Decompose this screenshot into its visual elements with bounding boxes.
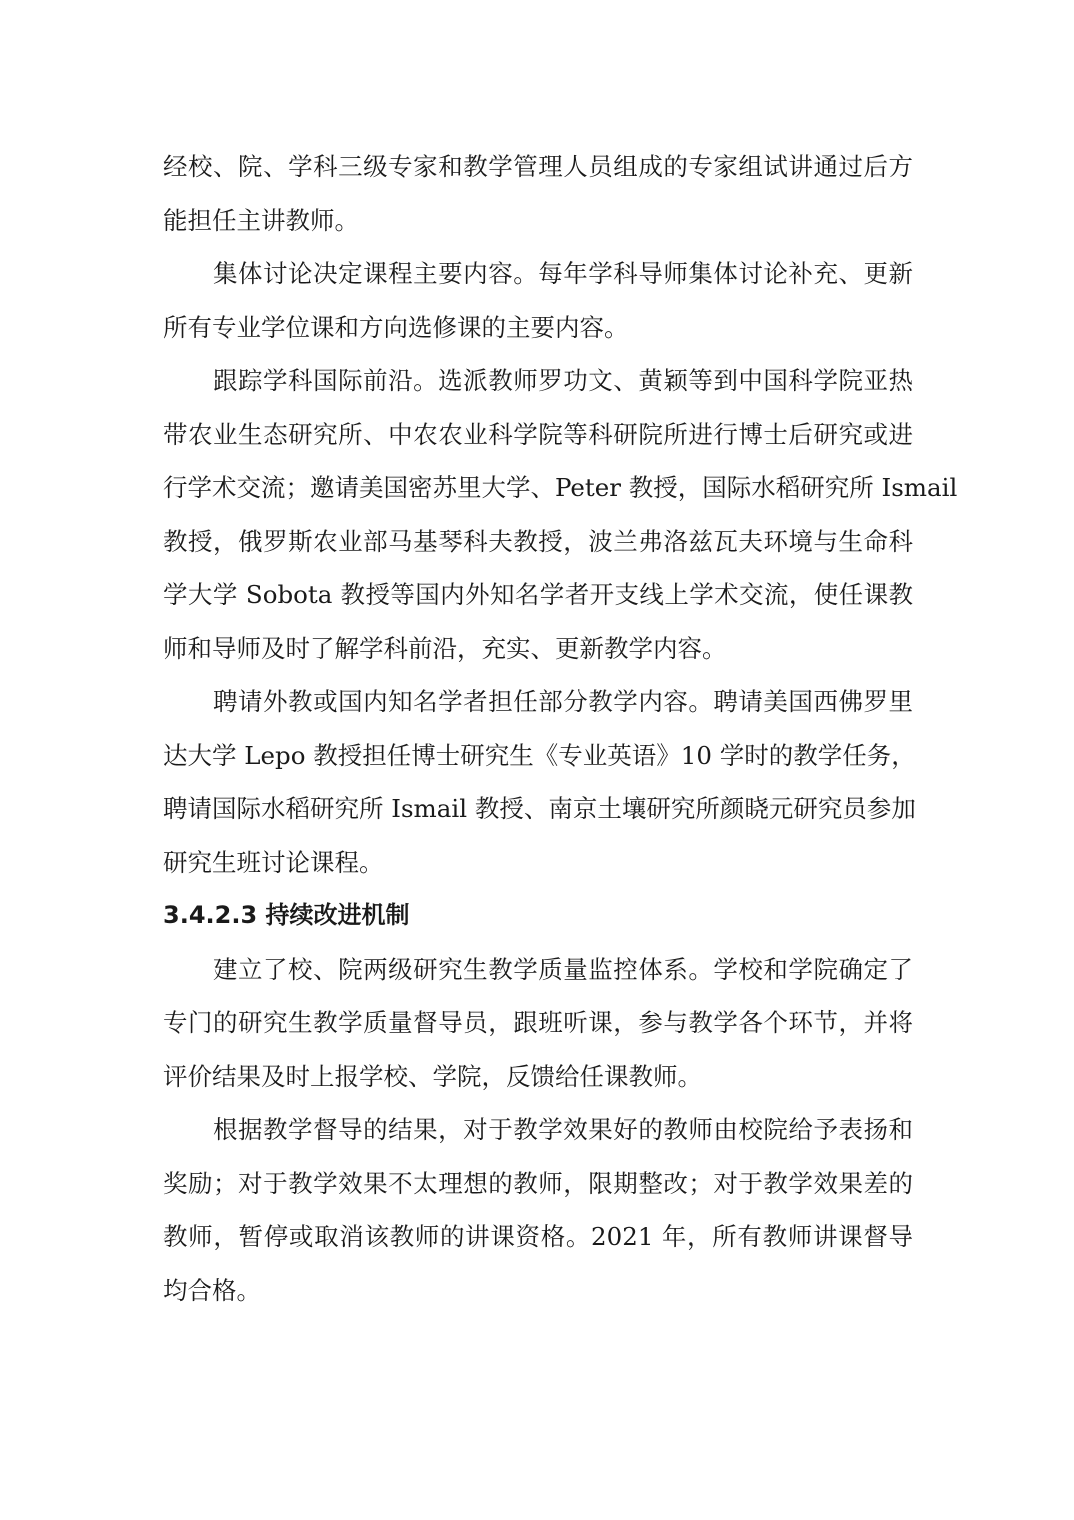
- paragraph-quality-monitoring: 建立了校、院两级研究生教学质量监控体系。学校和学院确定了 专门的研究生教学质量督…: [163, 943, 913, 1104]
- text-line: 行学术交流；邀请美国密苏里大学、Peter 教授，国际水稻研究所 Ismail: [163, 461, 913, 515]
- text-line: 奖励；对于教学效果不太理想的教师，限期整改；对于教学效果差的: [163, 1157, 913, 1211]
- text-line: 教授，俄罗斯农业部马基琴科夫教授，波兰弗洛兹瓦夫环境与生命科: [163, 515, 913, 569]
- paragraph-course-content: 集体讨论决定课程主要内容。每年学科导师集体讨论补充、更新 所有专业学位课和方向选…: [163, 247, 913, 354]
- text-line: 专门的研究生教学质量督导员，跟班听课，参与教学各个环节，并将: [163, 996, 913, 1050]
- text-line: 经校、院、学科三级专家和教学管理人员组成的专家组试讲通过后方: [163, 140, 913, 194]
- text-line: 跟踪学科国际前沿。选派教师罗功文、黄颖等到中国科学院亚热: [163, 354, 913, 408]
- text-line: 均合格。: [163, 1264, 913, 1318]
- section-heading: 3.4.2.3 持续改进机制: [163, 889, 913, 943]
- text-line: 能担任主讲教师。: [163, 194, 913, 248]
- text-line: 聘请外教或国内知名学者担任部分教学内容。聘请美国西佛罗里: [163, 675, 913, 729]
- paragraph-teacher-qualification: 经校、院、学科三级专家和教学管理人员组成的专家组试讲通过后方 能担任主讲教师。: [163, 140, 913, 247]
- text-line: 达大学 Lepo 教授担任博士研究生《专业英语》10 学时的教学任务，: [163, 729, 913, 783]
- text-line: 教师，暂停或取消该教师的讲课资格。2021 年，所有教师讲课督导: [163, 1210, 913, 1264]
- paragraph-supervision-results: 根据教学督导的结果，对于教学效果好的教师由校院给予表扬和 奖励；对于教学效果不太…: [163, 1103, 913, 1317]
- document-page: 经校、院、学科三级专家和教学管理人员组成的专家组试讲通过后方 能担任主讲教师。 …: [163, 140, 913, 1317]
- text-line: 集体讨论决定课程主要内容。每年学科导师集体讨论补充、更新: [163, 247, 913, 301]
- text-line: 评价结果及时上报学校、学院，反馈给任课教师。: [163, 1050, 913, 1104]
- paragraph-international-frontier: 跟踪学科国际前沿。选派教师罗功文、黄颖等到中国科学院亚热 带农业生态研究所、中农…: [163, 354, 913, 675]
- text-line: 学大学 Sobota 教授等国内外知名学者开支线上学术交流，使任课教: [163, 568, 913, 622]
- text-line: 所有专业学位课和方向选修课的主要内容。: [163, 301, 913, 355]
- text-line: 根据教学督导的结果，对于教学效果好的教师由校院给予表扬和: [163, 1103, 913, 1157]
- text-line: 聘请国际水稻研究所 Ismail 教授、南京土壤研究所颜晓元研究员参加: [163, 782, 913, 836]
- text-line: 研究生班讨论课程。: [163, 836, 913, 890]
- text-line: 师和导师及时了解学科前沿，充实、更新教学内容。: [163, 622, 913, 676]
- text-line: 建立了校、院两级研究生教学质量监控体系。学校和学院确定了: [163, 943, 913, 997]
- text-line: 带农业生态研究所、中农农业科学院等科研院所进行博士后研究或进: [163, 408, 913, 462]
- paragraph-foreign-scholars: 聘请外教或国内知名学者担任部分教学内容。聘请美国西佛罗里 达大学 Lepo 教授…: [163, 675, 913, 889]
